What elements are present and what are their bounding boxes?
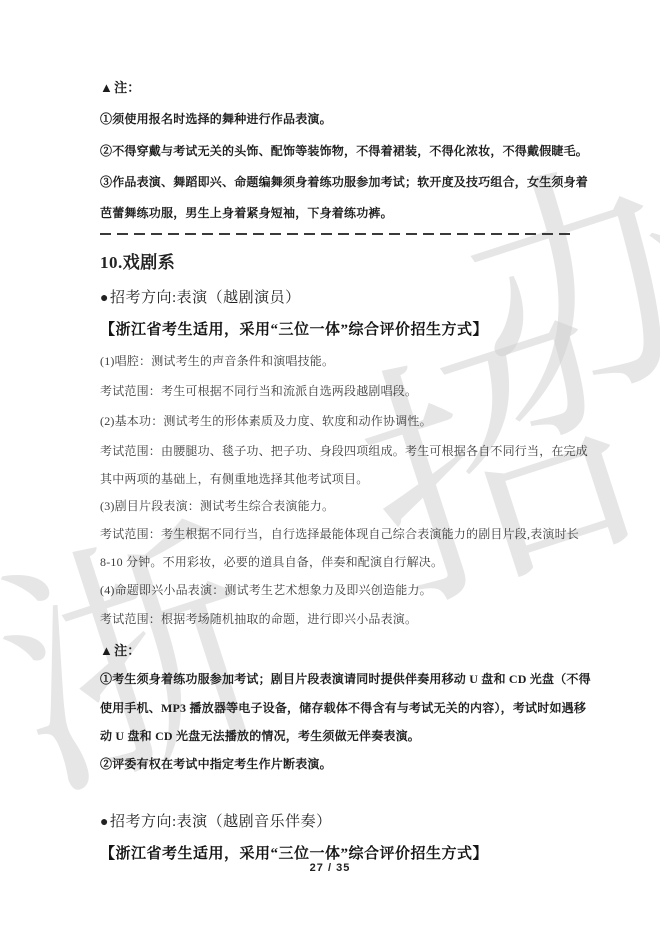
note-line: ③作品表演、舞蹈即兴、命题编舞须身着练功服参加考试；软开度及技巧组合，女生须身着 — [100, 173, 588, 190]
note-line: 芭蕾舞练功服，男生上身着紧身短袖，下身着练功裤。 — [100, 204, 393, 221]
exam-line: 考试范围：考生可根据不同行当和流派自选两段越剧唱段。 — [100, 382, 417, 399]
exam-line: (3)剧目片段表演：测试考生综合表演能力。 — [100, 497, 334, 514]
dashed-divider — [100, 233, 574, 235]
note-line: 使用手机、MP3 播放器等电子设备，储存载体不得含有与考试无关的内容），考试时如… — [100, 699, 586, 716]
bullet-marker-icon: ● — [100, 291, 109, 306]
bullet-marker-icon: ● — [100, 815, 109, 830]
exam-line: (4)命题即兴小品表演：测试考生艺术想象力及即兴创造能力。 — [100, 581, 432, 598]
direction-heading: ●招考方向:表演（越剧演员） — [100, 286, 301, 307]
exam-line: (1)唱腔：测试考生的声音条件和演唱技能。 — [100, 352, 334, 369]
admission-mode: 【浙江省考生适用，采用“三位一体”综合评价招生方式】 — [100, 842, 488, 863]
note-heading-label: 注： — [114, 643, 140, 658]
exam-line: 考试范围：由腰腿功、毯子功、把子功、身段四项组成。考生可根据各自不同行当，在完成 — [100, 442, 588, 459]
direction-heading: ●招考方向:表演（越剧音乐伴奏） — [100, 810, 332, 831]
admission-mode: 【浙江省考生适用，采用“三位一体”综合评价招生方式】 — [100, 318, 488, 339]
section-title: 10.戏剧系 — [100, 248, 175, 273]
note-line: ①须使用报名时选择的舞种进行作品表演。 — [100, 110, 332, 127]
note-heading-label: 注： — [114, 80, 140, 95]
exam-line: 8-10 分钟。不用彩妆，必要的道具自备，伴奏和配演自行解决。 — [100, 553, 443, 570]
exam-line: 其中两项的基础上，有侧重地选择其他考试项目。 — [100, 470, 368, 487]
triangle-marker-icon: ▲ — [100, 643, 113, 658]
note-line: ②评委有权在考试中指定考生作片断表演。 — [100, 755, 332, 772]
exam-line: (2)基本功：测试考生的形体素质及力度、软度和动作协调性。 — [100, 412, 432, 429]
exam-line: 考试范围：考生根据不同行当，自行选择最能体现自己综合表演能力的剧目片段,表演时长 — [100, 525, 579, 542]
page-content: ▲注： ①须使用报名时选择的舞种进行作品表演。 ②不得穿戴与考试无关的头饰、配饰… — [100, 0, 572, 933]
exam-line: 考试范围：根据考场随机抽取的命题，进行即兴小品表演。 — [100, 610, 417, 627]
note-line: ②不得穿戴与考试无关的头饰、配饰等装饰物，不得着裙装，不得化浓妆，不得戴假睫毛。 — [100, 142, 588, 159]
document-page: 浙 招 办 ▲注： ①须使用报名时选择的舞种进行作品表演。 ②不得穿戴与考试无关… — [0, 0, 660, 933]
direction-label: 招考方向:表演（越剧演员） — [110, 290, 301, 306]
note-line: ①考生须身着练功服参加考试；剧目片段表演请同时提供伴奏用移动 U 盘和 CD 光… — [100, 670, 591, 687]
direction-label: 招考方向:表演（越剧音乐伴奏） — [110, 814, 332, 830]
note-line: 动 U 盘和 CD 光盘无法播放的情况，考生须做无伴奏表演。 — [100, 727, 420, 744]
page-number: 27 / 35 — [0, 862, 660, 874]
triangle-marker-icon: ▲ — [100, 80, 113, 95]
note-heading: ▲注： — [100, 640, 140, 659]
note-heading: ▲注： — [100, 77, 140, 96]
